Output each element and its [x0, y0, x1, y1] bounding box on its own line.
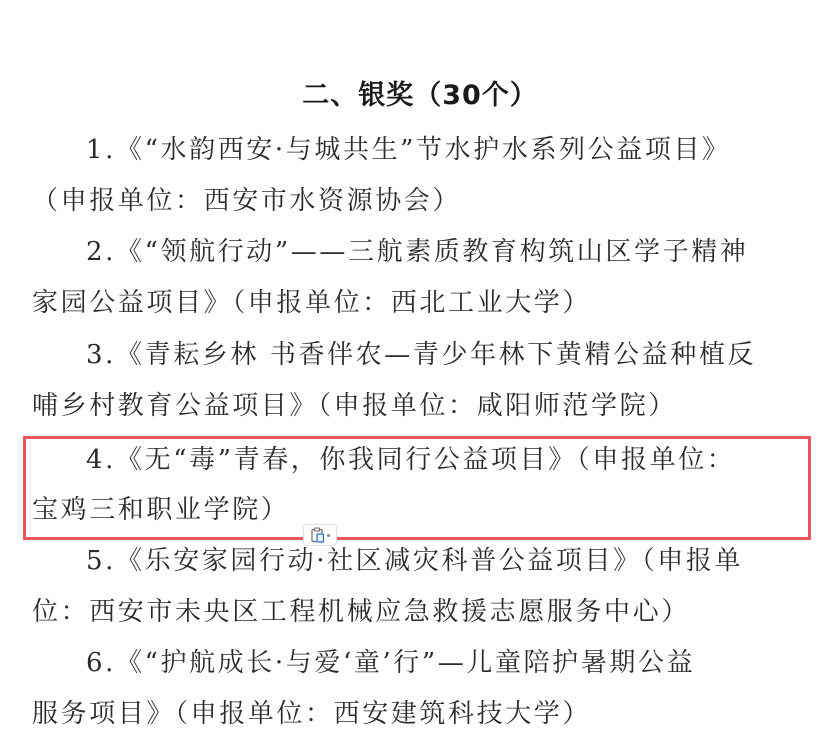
entry-6-line-2: 服务项目》（申报单位：西安建筑科技大学） [32, 696, 591, 732]
paste-options-button[interactable] [303, 524, 337, 546]
entry-1-line-1: 1.《“水韵西安·与城共生”节水护水系列公益项目》 [86, 132, 731, 168]
entry-5-line-2: 位：西安市未央区工程机械应急救援志愿服务中心） [32, 594, 690, 630]
section-heading: 二、银奖（30个） [0, 76, 840, 116]
entry-3-line-1: 3.《青耘乡林 书香伴农—青少年林下黄精公益种植反 [86, 337, 756, 373]
entry-2-line-2: 家园公益项目》（申报单位：西北工业大学） [32, 285, 591, 321]
highlight-box [23, 436, 811, 540]
entry-2-line-1: 2.《“领航行动”——三航素质教育构筑山区学子精神 [86, 234, 748, 270]
entry-3-line-2: 哺乡村教育公益项目》（申报单位：咸阳师范学院） [32, 388, 677, 424]
entry-6-line-1: 6.《“护航成长·与爱‘童’行”—儿童陪护暑期公益 [86, 645, 695, 681]
entry-5-line-1: 5.《乐安家园行动·社区减灾科普公益项目》（申报单 [86, 543, 743, 579]
document-page: 二、银奖（30个） 1.《“水韵西安·与城共生”节水护水系列公益项目》 （申报单… [0, 0, 840, 748]
entry-1-line-2: （申报单位：西安市水资源协会） [32, 183, 461, 219]
clipboard-paste-icon [311, 527, 325, 543]
chevron-down-icon [327, 534, 330, 537]
